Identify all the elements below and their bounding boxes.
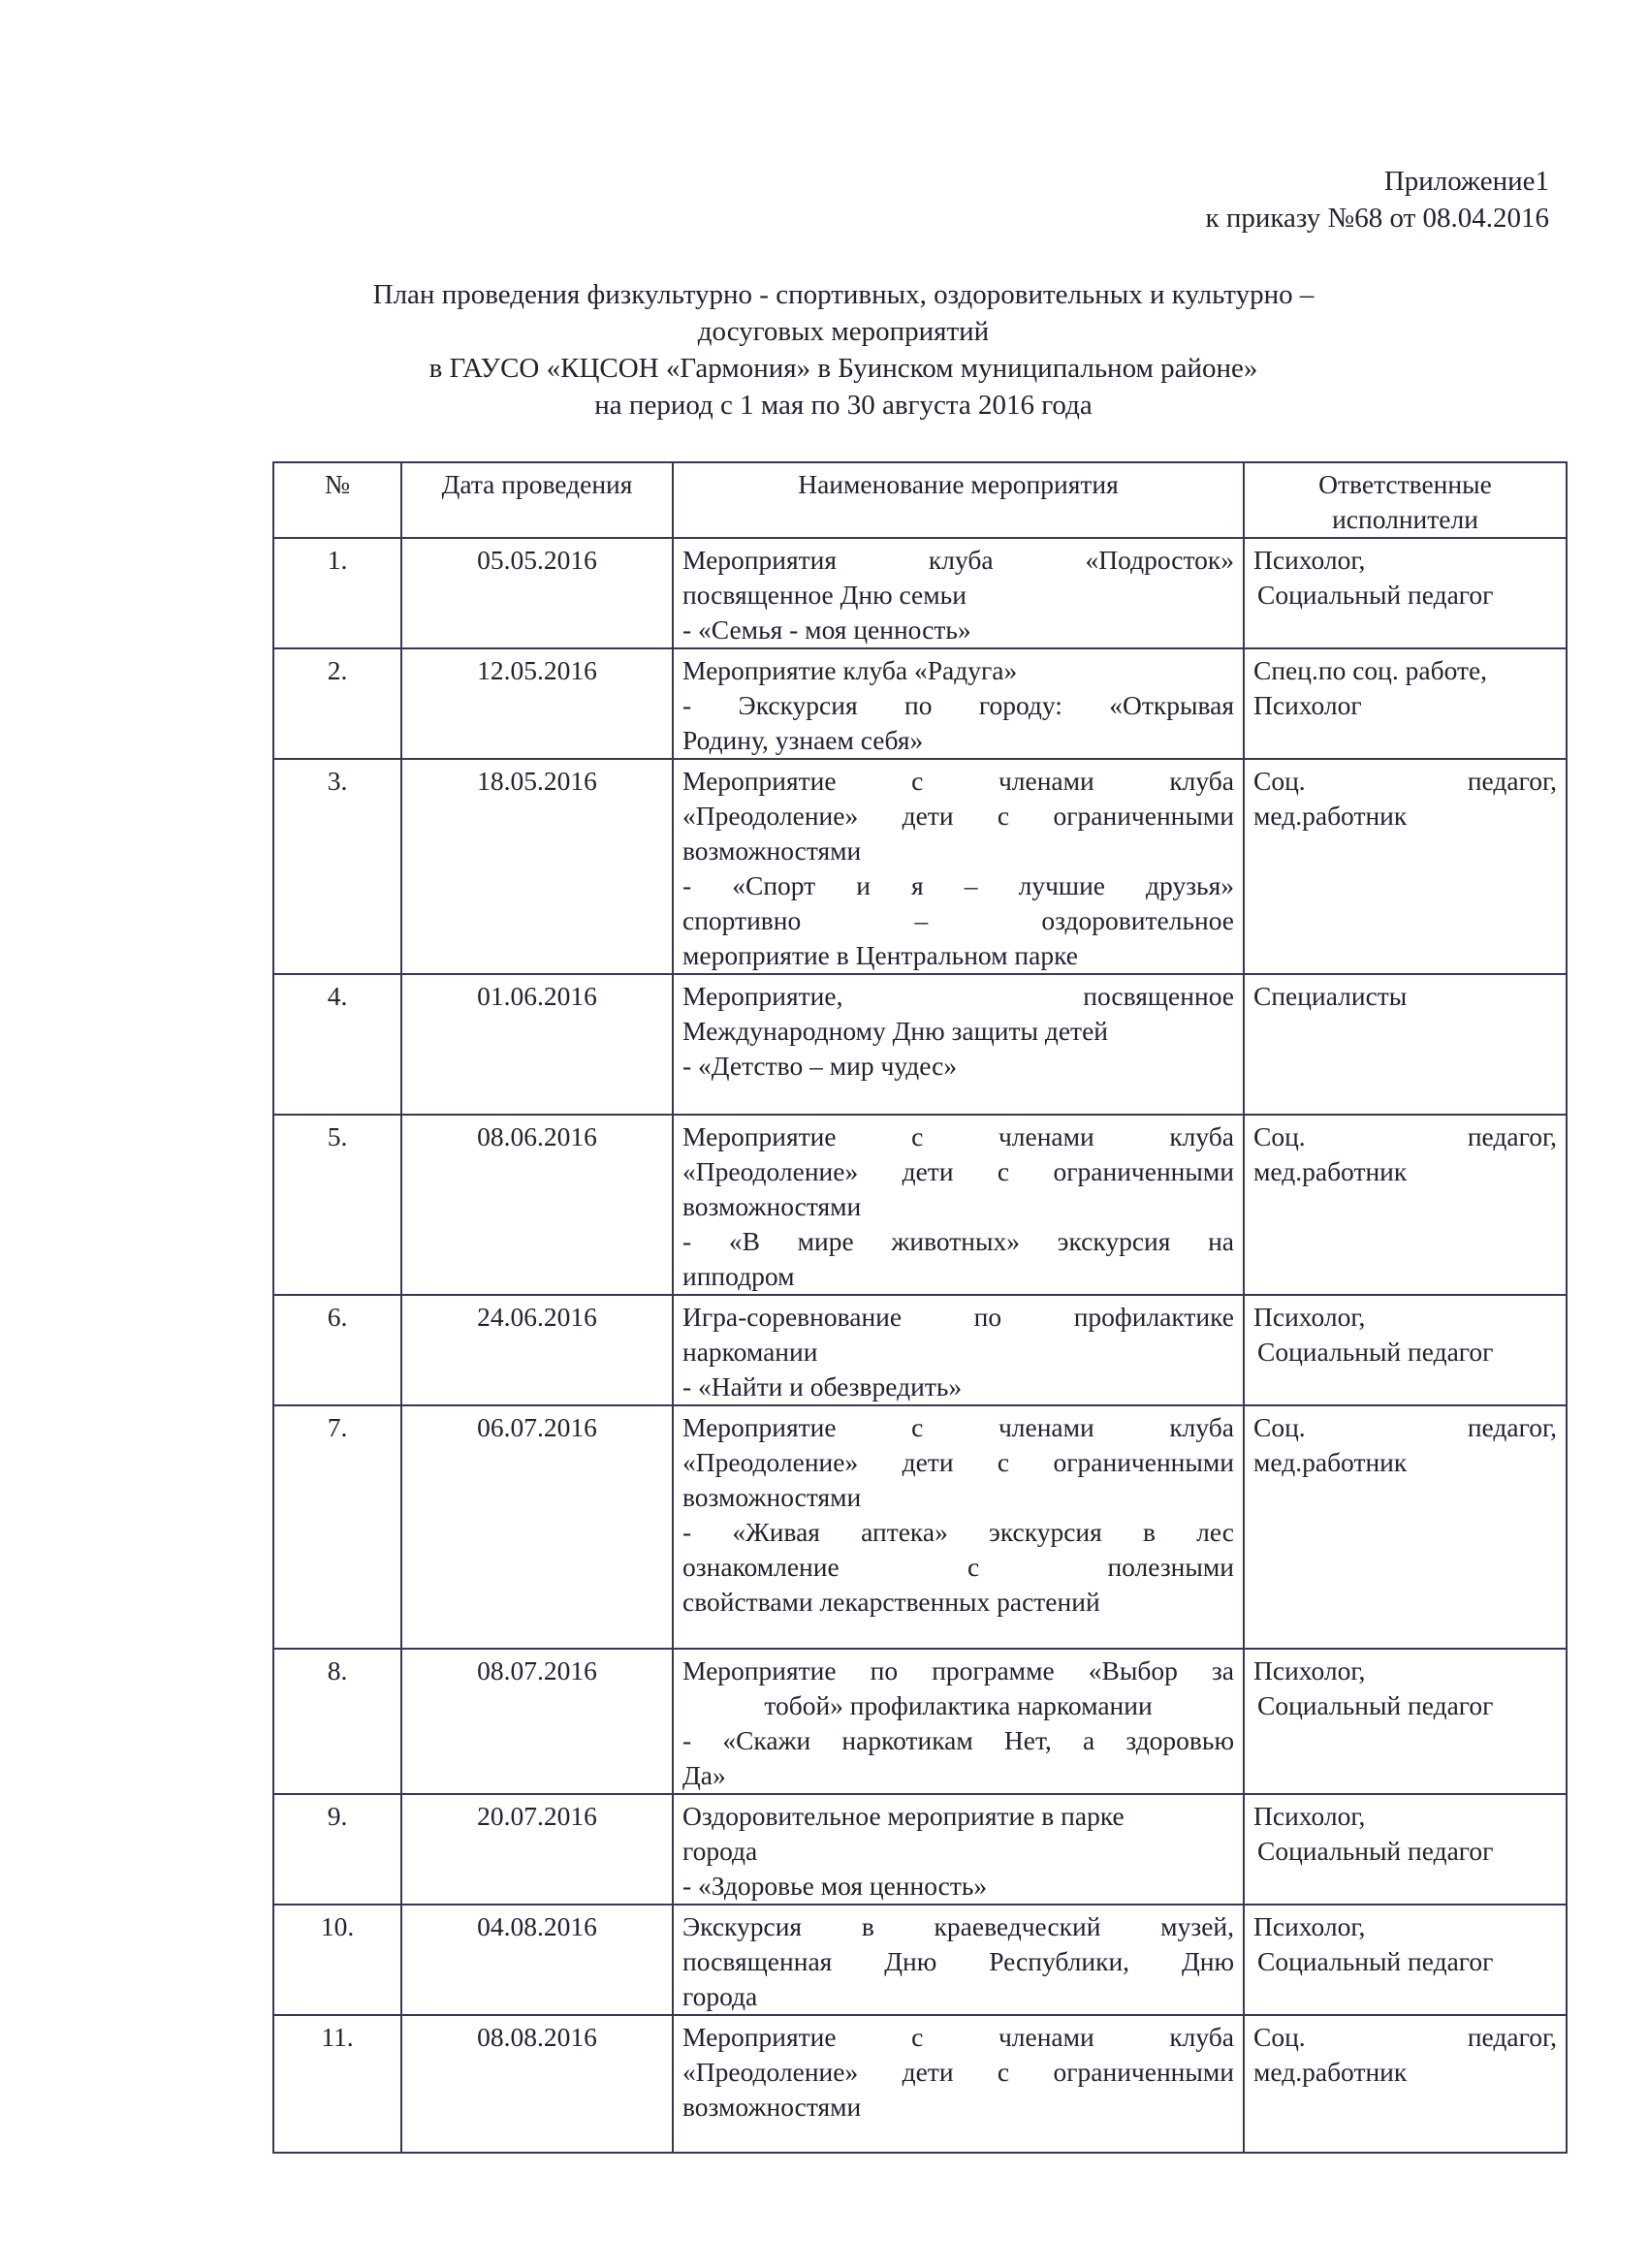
event-name-line: мероприятие в Центральном парке [682, 938, 1234, 973]
event-date: 24.06.2016 [401, 1295, 673, 1405]
responsible-line: Психолог, [1253, 543, 1557, 578]
event-date: 01.06.2016 [401, 974, 673, 1115]
responsible-line: мед.работник [1253, 799, 1557, 834]
event-date: 05.05.2016 [401, 538, 673, 648]
column-header-date: Дата проведения [401, 462, 673, 538]
event-date: 04.08.2016 [401, 1905, 673, 2015]
responsible-line: Социальный педагог [1253, 1834, 1557, 1869]
responsible-line: Социальный педагог [1253, 1944, 1557, 1979]
responsible-persons: Психолог,Социальный педагог [1244, 1905, 1567, 2015]
event-name: Мероприятие с членами клуба«Преодоление»… [673, 759, 1244, 974]
responsible-line: Психолог, [1253, 1300, 1557, 1335]
title-line: на период с 1 мая по 30 августа 2016 год… [291, 387, 1396, 424]
event-name-line: - «Спорт и я – лучшие друзья» [682, 868, 1234, 903]
event-name: Игра-соревнование по профилактикенаркома… [673, 1295, 1244, 1405]
event-name-line: Мероприятие с членами клуба [682, 2020, 1234, 2055]
event-name-line: «Преодоление» дети с ограниченными [682, 2055, 1234, 2090]
event-name-line: спортивно – оздоровительное [682, 903, 1234, 938]
table-row: 7.06.07.2016Мероприятие с членами клуба«… [273, 1405, 1567, 1649]
event-name: Мероприятие с членами клуба«Преодоление»… [673, 2015, 1244, 2153]
row-number: 8. [273, 1649, 401, 1794]
responsible-persons: Специалисты [1244, 974, 1567, 1115]
event-name-line: Мероприятие с членами клуба [682, 764, 1234, 799]
row-number: 11. [273, 2015, 401, 2153]
event-name-line: - «Живая аптека» экскурсия в лес [682, 1515, 1234, 1550]
title-line: План проведения физкультурно - спортивны… [291, 276, 1396, 313]
row-number: 9. [273, 1794, 401, 1905]
row-number: 3. [273, 759, 401, 974]
event-name-line: посвященное Дню семьи [682, 578, 1234, 613]
event-date: 06.07.2016 [401, 1405, 673, 1649]
event-date: 12.05.2016 [401, 648, 673, 759]
table-row: 4.01.06.2016Мероприятие, посвященноеМежд… [273, 974, 1567, 1115]
document-title: План проведения физкультурно - спортивны… [291, 276, 1396, 424]
responsible-line: мед.работник [1253, 1154, 1557, 1189]
table-row: 6.24.06.2016Игра-соревнование по профила… [273, 1295, 1567, 1405]
event-name-line: наркомании [682, 1335, 1234, 1370]
responsible-line: мед.работник [1253, 2055, 1557, 2090]
event-name-line: Экскурсия в краеведческий музей, [682, 1909, 1234, 1944]
row-number: 5. [273, 1115, 401, 1295]
responsible-line: Соц. педагог, [1253, 2020, 1557, 2055]
order-reference: к приказу №68 от 08.04.2016 [1206, 200, 1549, 236]
appendix-label: Приложение1 [1206, 163, 1549, 200]
event-name-line: Оздоровительное мероприятие в парке [682, 1799, 1234, 1834]
event-date: 18.05.2016 [401, 759, 673, 974]
event-name-line: тобой» профилактика наркомании [682, 1688, 1234, 1723]
responsible-line: Соц. педагог, [1253, 1410, 1557, 1445]
event-name-line: «Преодоление» дети с ограниченными [682, 1445, 1234, 1480]
event-name-line: возможностями [682, 1480, 1234, 1515]
event-date: 08.07.2016 [401, 1649, 673, 1794]
event-name: Оздоровительное мероприятие в паркегород… [673, 1794, 1244, 1905]
responsible-persons: Психолог,Социальный педагог [1244, 1794, 1567, 1905]
table-row: 1.05.05.2016Мероприятия клуба «Подросток… [273, 538, 1567, 648]
appendix-reference: Приложение1 к приказу №68 от 08.04.2016 [1206, 163, 1549, 236]
event-name-line: Мероприятие с членами клуба [682, 1410, 1234, 1445]
row-number: 4. [273, 974, 401, 1115]
event-name: Экскурсия в краеведческий музей,посвящен… [673, 1905, 1244, 2015]
event-name-line: Игра-соревнование по профилактике [682, 1300, 1234, 1335]
event-name-line: возможностями [682, 834, 1234, 868]
event-name: Мероприятие, посвященноеМеждународному Д… [673, 974, 1244, 1115]
table-row: 3.18.05.2016Мероприятие с членами клуба«… [273, 759, 1567, 974]
table-row: 10.04.08.2016Экскурсия в краеведческий м… [273, 1905, 1567, 2015]
responsible-persons: Соц. педагог,мед.работник [1244, 1405, 1567, 1649]
responsible-line: Социальный педагог [1253, 1688, 1557, 1723]
responsible-persons: Соц. педагог,мед.работник [1244, 2015, 1567, 2153]
event-name-line: Да» [682, 1758, 1234, 1793]
column-header-number: № [273, 462, 401, 538]
responsible-persons: Психолог,Социальный педагог [1244, 1649, 1567, 1794]
event-name-line: - «Найти и обезвредить» [682, 1370, 1234, 1404]
responsible-persons: Соц. педагог,мед.работник [1244, 1115, 1567, 1295]
responsible-line: Психолог, [1253, 1799, 1557, 1834]
responsible-line: Соц. педагог, [1253, 764, 1557, 799]
event-name-line: ознакомление с полезными [682, 1550, 1234, 1585]
row-number: 7. [273, 1405, 401, 1649]
event-name-line: Международному Дню защиты детей [682, 1014, 1234, 1049]
event-name: Мероприятие с членами клуба«Преодоление»… [673, 1405, 1244, 1649]
event-name-line: города [682, 1979, 1234, 2014]
event-name-line: Мероприятие клуба «Радуга» [682, 653, 1234, 688]
responsible-line: Специалисты [1253, 979, 1557, 1014]
responsible-persons: Спец.по соц. работе,Психолог [1244, 648, 1567, 759]
responsible-persons: Психолог,Социальный педагог [1244, 1295, 1567, 1405]
event-name-line: - «Здоровье моя ценность» [682, 1869, 1234, 1904]
title-line: досуговых мероприятий [291, 313, 1396, 350]
table-row: 11.08.08.2016Мероприятие с членами клуба… [273, 2015, 1567, 2153]
event-name-line: ипподром [682, 1259, 1234, 1294]
event-date: 08.08.2016 [401, 2015, 673, 2153]
responsible-line: Психолог [1253, 688, 1557, 723]
event-name-line: Мероприятия клуба «Подросток» [682, 543, 1234, 578]
responsible-line: Психолог, [1253, 1909, 1557, 1944]
table-row: 9.20.07.2016Оздоровительное мероприятие … [273, 1794, 1567, 1905]
event-name-line: - «Детство – мир чудес» [682, 1049, 1234, 1084]
responsible-line: Психолог, [1253, 1654, 1557, 1688]
event-name-line: - «Семья - моя ценность» [682, 613, 1234, 647]
events-plan-table: № Дата проведения Наименование мероприят… [272, 461, 1568, 2154]
event-name-line: - «В мире животных» экскурсия на [682, 1224, 1234, 1259]
event-name: Мероприятие клуба «Радуга»- Экскурсия по… [673, 648, 1244, 759]
column-header-responsible: Ответственные исполнители [1244, 462, 1567, 538]
responsible-persons: Соц. педагог,мед.работник [1244, 759, 1567, 974]
event-name-line: Мероприятие, посвященное [682, 979, 1234, 1014]
responsible-line: мед.работник [1253, 1445, 1557, 1480]
table-row: 2.12.05.2016Мероприятие клуба «Радуга»- … [273, 648, 1567, 759]
event-name-line: Родину, узнаем себя» [682, 723, 1234, 758]
event-name-line: возможностями [682, 1189, 1234, 1224]
event-name: Мероприятие по программе «Выбор затобой»… [673, 1649, 1244, 1794]
event-date: 20.07.2016 [401, 1794, 673, 1905]
event-name: Мероприятие с членами клуба«Преодоление»… [673, 1115, 1244, 1295]
responsible-line: Социальный педагог [1253, 578, 1557, 613]
responsible-persons: Психолог,Социальный педагог [1244, 538, 1567, 648]
row-number: 1. [273, 538, 401, 648]
event-name-line: посвященная Дню Республики, Дню [682, 1944, 1234, 1979]
event-date: 08.06.2016 [401, 1115, 673, 1295]
responsible-line: Соц. педагог, [1253, 1119, 1557, 1154]
row-number: 10. [273, 1905, 401, 2015]
column-header-event-name: Наименование мероприятия [673, 462, 1244, 538]
table-header-row: № Дата проведения Наименование мероприят… [273, 462, 1567, 538]
event-name-line: - «Скажи наркотикам Нет, а здоровью [682, 1723, 1234, 1758]
event-name-line: «Преодоление» дети с ограниченными [682, 799, 1234, 834]
event-name-line: возможностями [682, 2090, 1234, 2125]
row-number: 2. [273, 648, 401, 759]
event-name-line: свойствами лекарственных растений [682, 1585, 1234, 1620]
event-name-line: «Преодоление» дети с ограниченными [682, 1154, 1234, 1189]
event-name-line: Мероприятие с членами клуба [682, 1119, 1234, 1154]
responsible-line: Спец.по соц. работе, [1253, 653, 1557, 688]
responsible-line: Социальный педагог [1253, 1335, 1557, 1370]
table-row: 8.08.07.2016Мероприятие по программе «Вы… [273, 1649, 1567, 1794]
event-name-line: - Экскурсия по городу: «Открывая [682, 688, 1234, 723]
table-body: 1.05.05.2016Мероприятия клуба «Подросток… [273, 538, 1567, 2153]
table-row: 5.08.06.2016Мероприятие с членами клуба«… [273, 1115, 1567, 1295]
row-number: 6. [273, 1295, 401, 1405]
event-name-line: города [682, 1834, 1234, 1869]
title-line: в ГАУСО «КЦСОН «Гармония» в Буинском мун… [291, 350, 1396, 387]
event-name-line: Мероприятие по программе «Выбор за [682, 1654, 1234, 1688]
event-name: Мероприятия клуба «Подросток»посвященное… [673, 538, 1244, 648]
